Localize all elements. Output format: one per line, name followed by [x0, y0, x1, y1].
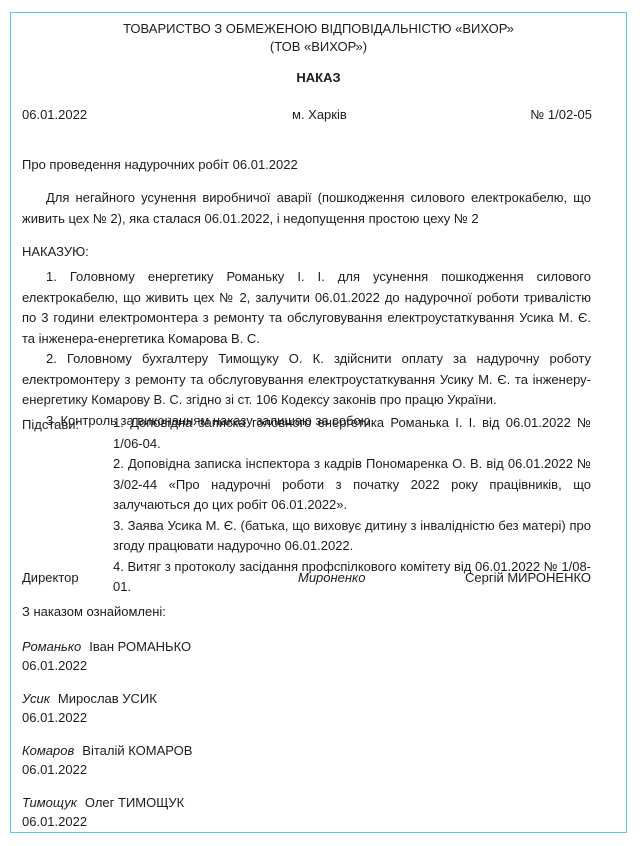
basis-item: 3. Заява Усика М. Є. (батька, що виховує… — [113, 516, 591, 557]
document-date: 06.01.2022 — [22, 107, 87, 122]
person-date: 06.01.2022 — [22, 812, 184, 831]
person-name: Мирослав УСИК — [58, 691, 157, 706]
person-signature: Тимощук — [22, 795, 77, 810]
acknowledged-person: УсикМирослав УСИК 06.01.2022 — [22, 689, 157, 727]
person-signature: Усик — [22, 691, 50, 706]
person-date: 06.01.2022 — [22, 760, 192, 779]
order-items: 1. Головному енергетику Романьку І. І. д… — [22, 267, 591, 431]
acknowledged-person: РоманькоІван РОМАНЬКО 06.01.2022 — [22, 637, 191, 675]
acknowledged-label: З наказом ознайомлені: — [22, 604, 166, 619]
signer-name: Сергій МИРОНЕНКО — [465, 570, 591, 585]
order-item: 1. Головному енергетику Романьку І. І. д… — [22, 267, 591, 349]
basis-item: 2. Доповідна записка інспектора з кадрів… — [113, 454, 591, 516]
document-city: м. Харків — [292, 107, 347, 122]
basis-label: Підстави: — [22, 417, 79, 432]
document-subject: Про проведення надурочних робіт 06.01.20… — [22, 157, 298, 172]
person-name: Олег ТИМОЩУК — [85, 795, 184, 810]
organization-name: ТОВАРИСТВО З ОБМЕЖЕНОЮ ВІДПОВІДАЛЬНІСТЮ … — [10, 20, 627, 38]
signer-signature: Мироненко — [298, 570, 365, 585]
intro-text: Для негайного усунення виробничої аварії… — [22, 190, 591, 226]
signer-position: Директор — [22, 570, 79, 585]
document-type: НАКАЗ — [10, 70, 627, 85]
intro-paragraph: Для негайного усунення виробничої аварії… — [22, 188, 591, 229]
person-name: Віталій КОМАРОВ — [82, 743, 192, 758]
document-number: № 1/02-05 — [530, 107, 592, 122]
acknowledged-person: КомаровВіталій КОМАРОВ 06.01.2022 — [22, 741, 192, 779]
person-name: Іван РОМАНЬКО — [89, 639, 191, 654]
basis-item: 1. Доповідна записка головного енергетик… — [113, 413, 591, 454]
person-date: 06.01.2022 — [22, 656, 191, 675]
organization-short-name: (ТОВ «ВИХОР») — [10, 38, 627, 56]
organization-header: ТОВАРИСТВО З ОБМЕЖЕНОЮ ВІДПОВІДАЛЬНІСТЮ … — [10, 20, 627, 56]
acknowledged-person: ТимощукОлег ТИМОЩУК 06.01.2022 — [22, 793, 184, 831]
order-item: 2. Головному бухгалтеру Тимощуку О. К. з… — [22, 349, 591, 411]
person-date: 06.01.2022 — [22, 708, 157, 727]
person-signature: Комаров — [22, 743, 74, 758]
order-keyword: НАКАЗУЮ: — [22, 244, 89, 259]
person-signature: Романько — [22, 639, 81, 654]
